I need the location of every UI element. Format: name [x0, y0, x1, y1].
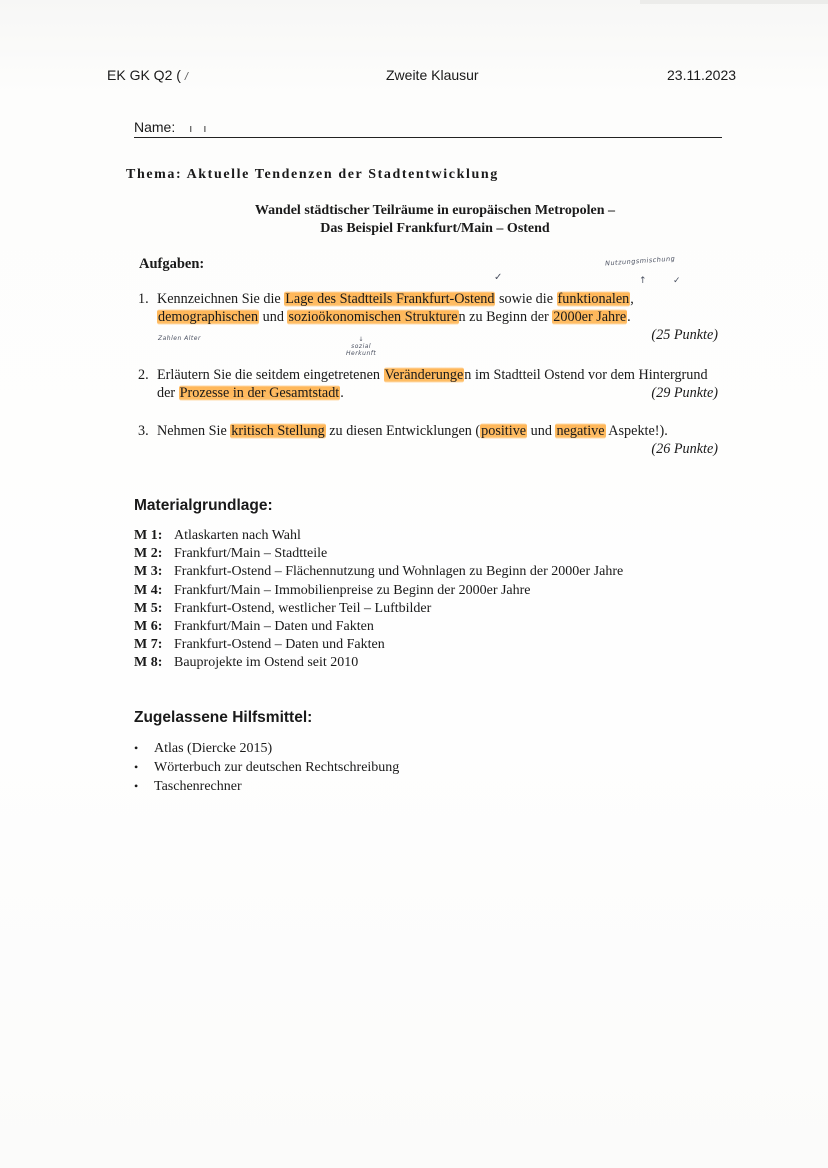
task-text: Nehmen Sie kritisch Stellung zu diesen E…: [157, 422, 718, 440]
aid-text: Atlas (Diercke 2015): [154, 741, 272, 756]
exam-page: EK GK Q2 ( / Zweite Klausur 23.11.2023 N…: [0, 0, 828, 1168]
material-text: Frankfurt/Main – Daten und Fakten: [174, 619, 374, 634]
task-text-segment: n zu Beginn der: [459, 309, 553, 325]
subtitle-line-2: Das Beispiel Frankfurt/Main – Ostend: [130, 220, 740, 238]
highlighted-text: sozioökonomischen Strukture: [287, 309, 458, 325]
task-1: 1. Kennzeichnen Sie die Lage des Stadtte…: [138, 290, 718, 344]
task-points: (29 Punkte): [651, 384, 718, 402]
material-code: M 4:: [134, 582, 174, 600]
aid-text: Taschenrechner: [154, 779, 242, 794]
subtitle: Wandel städtischer Teilräume in europäis…: [130, 202, 740, 238]
material-list: M 1:Atlaskarten nach WahlM 2:Frankfurt/M…: [134, 527, 623, 673]
task-3: 3. Nehmen Sie kritisch Stellung zu diese…: [138, 422, 718, 458]
material-item: M 2:Frankfurt/Main – Stadtteile: [134, 545, 623, 563]
handwritten-note-nutzungsmischung: Nutzungsmischung: [605, 255, 676, 268]
aids-list: •Atlas (Diercke 2015)•Wörterbuch zur deu…: [134, 739, 399, 797]
task-points: (25 Punkte): [138, 326, 718, 344]
name-line: Name:ı ı: [134, 119, 722, 138]
material-item: M 3:Frankfurt-Ostend – Flächennutzung un…: [134, 563, 623, 581]
course-label: EK GK Q2 ( /: [107, 67, 188, 83]
material-item: M 8:Bauprojekte im Ostend seit 2010: [134, 654, 623, 672]
task-text-segment: Nehmen Sie: [157, 423, 230, 439]
material-code: M 6:: [134, 618, 174, 636]
material-code: M 3:: [134, 563, 174, 581]
bullet-icon: •: [134, 758, 154, 776]
handwritten-arrow-icon: ↑: [639, 276, 647, 286]
task-text-segment: zu diesen Entwicklungen (: [326, 423, 480, 439]
task-text-segment: Aspekte!).: [606, 423, 668, 439]
material-item: M 6:Frankfurt/Main – Daten und Fakten: [134, 618, 623, 636]
task-text-segment: ,: [630, 291, 634, 307]
task-text-segment: .: [627, 309, 631, 325]
aid-item: •Taschenrechner: [134, 777, 399, 796]
task-number: 3.: [138, 422, 149, 440]
material-text: Atlaskarten nach Wahl: [174, 528, 301, 543]
material-code: M 2:: [134, 545, 174, 563]
task-text: Erläutern Sie die seitdem eingetretenen …: [157, 366, 718, 402]
task-number: 1.: [138, 290, 149, 308]
aid-item: •Atlas (Diercke 2015): [134, 739, 399, 758]
exam-date: 23.11.2023: [667, 67, 736, 83]
handwritten-check-icon: ✓: [494, 272, 503, 283]
highlighted-text: positive: [480, 423, 527, 439]
bullet-icon: •: [134, 739, 154, 757]
highlighted-text: Lage des Stadtteils Frankfurt-Ostend: [284, 291, 495, 307]
highlighted-text: demographischen: [157, 309, 259, 325]
material-text: Frankfurt-Ostend – Daten und Fakten: [174, 637, 385, 652]
task-text-segment: .: [340, 385, 344, 401]
material-item: M 4:Frankfurt/Main – Immobilienpreise zu…: [134, 582, 623, 600]
aids-heading: Zugelassene Hilfsmittel:: [134, 709, 312, 727]
material-text: Frankfurt/Main – Immobilienpreise zu Beg…: [174, 583, 531, 598]
highlighted-text: kritisch Stellung: [230, 423, 325, 439]
highlighted-text: funktionalen: [557, 291, 631, 307]
highlighted-text: negative: [555, 423, 605, 439]
task-text-segment: und: [527, 423, 555, 439]
highlighted-text: 2000er Jahre: [552, 309, 627, 325]
task-text-segment: sowie die: [495, 291, 556, 307]
exam-title: Zweite Klausur: [386, 67, 479, 83]
highlighted-text: Veränderunge: [384, 367, 465, 383]
material-code: M 8:: [134, 654, 174, 672]
task-2: 2. Erläutern Sie die seitdem eingetreten…: [138, 366, 718, 402]
task-points: (26 Punkte): [138, 440, 718, 458]
material-code: M 7:: [134, 636, 174, 654]
tasks-heading: Aufgaben:: [139, 256, 204, 273]
task-text: Kennzeichnen Sie die Lage des Stadtteils…: [157, 290, 718, 326]
material-text: Bauprojekte im Ostend seit 2010: [174, 655, 358, 670]
material-text: Frankfurt-Ostend, westlicher Teil – Luft…: [174, 601, 431, 616]
material-text: Frankfurt/Main – Stadtteile: [174, 546, 327, 561]
task-text-segment: Kennzeichnen Sie die: [157, 291, 284, 307]
task-text-segment: und: [259, 309, 287, 325]
task-number: 2.: [138, 366, 149, 384]
bullet-icon: •: [134, 777, 154, 795]
material-item: M 1:Atlaskarten nach Wahl: [134, 527, 623, 545]
material-item: M 7:Frankfurt-Ostend – Daten und Fakten: [134, 636, 623, 654]
highlighted-text: Prozesse in der Gesamtstadt: [179, 385, 341, 401]
handwritten-check-icon: ✓: [673, 276, 681, 286]
material-heading: Materialgrundlage:: [134, 497, 273, 515]
material-code: M 5:: [134, 600, 174, 618]
name-label: Name:: [134, 119, 175, 135]
task-text-segment: Erläutern Sie die seitdem eingetretenen: [157, 367, 384, 383]
aid-text: Wörterbuch zur deutschen Rechtschreibung: [154, 760, 399, 775]
name-value: ı ı: [189, 123, 210, 135]
paper-edge: [640, 0, 828, 4]
material-code: M 1:: [134, 527, 174, 545]
subtitle-line-1: Wandel städtischer Teilräume in europäis…: [130, 202, 740, 220]
topic-heading: Thema: Aktuelle Tendenzen der Stadtentwi…: [126, 167, 499, 183]
course-mark: /: [185, 71, 188, 83]
material-text: Frankfurt-Ostend – Flächennutzung und Wo…: [174, 564, 623, 579]
material-item: M 5:Frankfurt-Ostend, westlicher Teil – …: [134, 600, 623, 618]
aid-item: •Wörterbuch zur deutschen Rechtschreibun…: [134, 758, 399, 777]
